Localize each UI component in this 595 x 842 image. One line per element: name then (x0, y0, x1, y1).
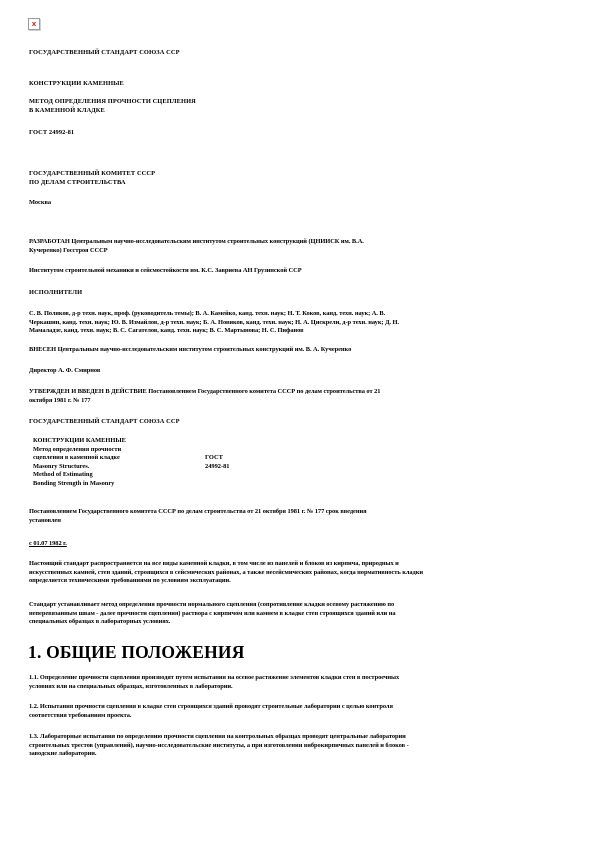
performers-line-3: Мамаладзе, канд. техн. наук; В. С. Сагат… (29, 327, 574, 336)
developed-label: РАЗРАБОТАН (29, 238, 70, 245)
table-cell: 24992-81 (205, 463, 285, 472)
clause-line: заводские лаборатории. (29, 750, 574, 759)
scope-line: определяется техническими требованиями п… (29, 577, 574, 586)
effective-date: с 01.07 1982 г. (29, 540, 67, 547)
standard-line: ГОСУДАРСТВЕННЫЙ СТАНДАРТ СОЮЗА ССР (29, 49, 574, 58)
developed-by: РАЗРАБОТАН Центральным научно-исследоват… (29, 238, 574, 255)
performers-line-1: С. В. Поляков, д-р техн. наук, проф. (ру… (29, 310, 574, 319)
standard-line-2: ГОСУДАРСТВЕННЫЙ СТАНДАРТ СОЮЗА ССР (29, 418, 574, 427)
broken-image-icon: x (28, 18, 40, 30)
standard-title-left: КОНСТРУКЦИИ КАМЕННЫЕ Метод определения п… (33, 437, 203, 489)
title-line-1: МЕТОД ОПРЕДЕЛЕНИЯ ПРОЧНОСТИ СЦЕПЛЕНИЯ (29, 98, 574, 107)
developed-text-2: Кучеренко) Госстроя СССР (29, 247, 574, 256)
decree-line-1: Постановлением Государственного комитета… (29, 508, 574, 517)
decree-paragraph: Постановлением Государственного комитета… (29, 508, 574, 525)
approved-by: УТВЕРЖДЕН И ВВЕДЕН В ДЕЙСТВИЕ Постановле… (29, 388, 574, 405)
table-cell: КОНСТРУКЦИИ КАМЕННЫЕ (33, 437, 203, 446)
clause-line: 1.3. Лабораторные испытания по определен… (29, 733, 574, 742)
standard-title-right: ГОСТ 24992-81 (205, 454, 285, 471)
document-page: x ГОСУДАРСТВЕННЫЙ СТАНДАРТ СОЮЗА ССР КОН… (0, 0, 595, 842)
performers-label: ИСПОЛНИТЕЛИ (29, 289, 574, 298)
committee-name: ГОСУДАРСТВЕННЫЙ КОМИТЕТ СССР ПО ДЕЛАМ СТ… (29, 170, 574, 187)
table-cell: сцепления в каменной кладке (33, 454, 203, 463)
clause-line: соответствия требованиям проекта. (29, 712, 574, 721)
approved-text: Постановлением Государственного комитета… (147, 388, 381, 395)
decree-line-2: установлен (29, 517, 574, 526)
scope-line: искусственных камней, стен зданий, строя… (29, 569, 574, 578)
committee-line-2: ПО ДЕЛАМ СТРОИТЕЛЬСТВА (29, 179, 574, 188)
city: Москва (29, 199, 574, 208)
scope-paragraph-1: Настоящий стандарт распространяется на в… (29, 560, 574, 586)
document-title: МЕТОД ОПРЕДЕЛЕНИЯ ПРОЧНОСТИ СЦЕПЛЕНИЯ В … (29, 98, 574, 115)
scope-line: Настоящий стандарт распространяется на в… (29, 560, 574, 569)
introduced-label: ВНЕСЕН (29, 346, 56, 353)
clause-1-3: 1.3. Лабораторные испытания по определен… (29, 733, 574, 759)
title-line-2: В КАМЕННОЙ КЛАДКЕ (29, 107, 574, 116)
scope-line: Стандарт устанавливает метод определения… (29, 601, 574, 610)
clause-line: 1.2. Испытания прочности сцепления в кла… (29, 703, 574, 712)
institute-line: Институтом строительной механики и сейсм… (29, 267, 574, 276)
category-title: КОНСТРУКЦИИ КАМЕННЫЕ (29, 80, 574, 89)
gost-number: ГОСТ 24992-81 (29, 129, 574, 138)
committee-line-1: ГОСУДАРСТВЕННЫЙ КОМИТЕТ СССР (29, 170, 574, 179)
clause-1-2: 1.2. Испытания прочности сцепления в кла… (29, 703, 574, 720)
approved-text-2: октября 1981 г. № 177 (29, 397, 574, 406)
performers-line-2: Черкашин, канд. техн. наук; Ю. В. Измайл… (29, 319, 574, 328)
section-heading: 1. ОБЩИЕ ПОЛОЖЕНИЯ (28, 642, 245, 662)
developed-text: Центральным научно-исследовательским инс… (70, 238, 364, 245)
director-line: Директор А. Ф. Смирнов (29, 367, 574, 376)
scope-paragraph-2: Стандарт устанавливает метод определения… (29, 601, 574, 627)
scope-line: специальных образцах в лабораторных усло… (29, 618, 574, 627)
approved-label: УТВЕРЖДЕН И ВВЕДЕН В ДЕЙСТВИЕ (29, 388, 147, 395)
introduced-text: Центральным научно-исследовательским инс… (56, 346, 351, 353)
table-cell: ГОСТ (205, 454, 285, 463)
introduced-by: ВНЕСЕН Центральным научно-исследовательс… (29, 346, 574, 355)
table-cell: Bonding Strength in Masonry (33, 480, 203, 489)
clause-line: строительных трестов (управлений), научн… (29, 742, 574, 751)
table-cell: Метод определения прочности (33, 446, 203, 455)
table-cell: Masonry Structures. (33, 463, 203, 472)
performers-list: С. В. Поляков, д-р техн. наук, проф. (ру… (29, 310, 574, 336)
clause-line: условиях или на специальных образцах, из… (29, 683, 574, 692)
clause-1-1: 1.1. Определение прочности сцепления про… (29, 674, 574, 691)
scope-line: неперевязанным швам - далее прочности сц… (29, 610, 574, 619)
table-cell: Method of Estimating (33, 471, 203, 480)
clause-line: 1.1. Определение прочности сцепления про… (29, 674, 574, 683)
